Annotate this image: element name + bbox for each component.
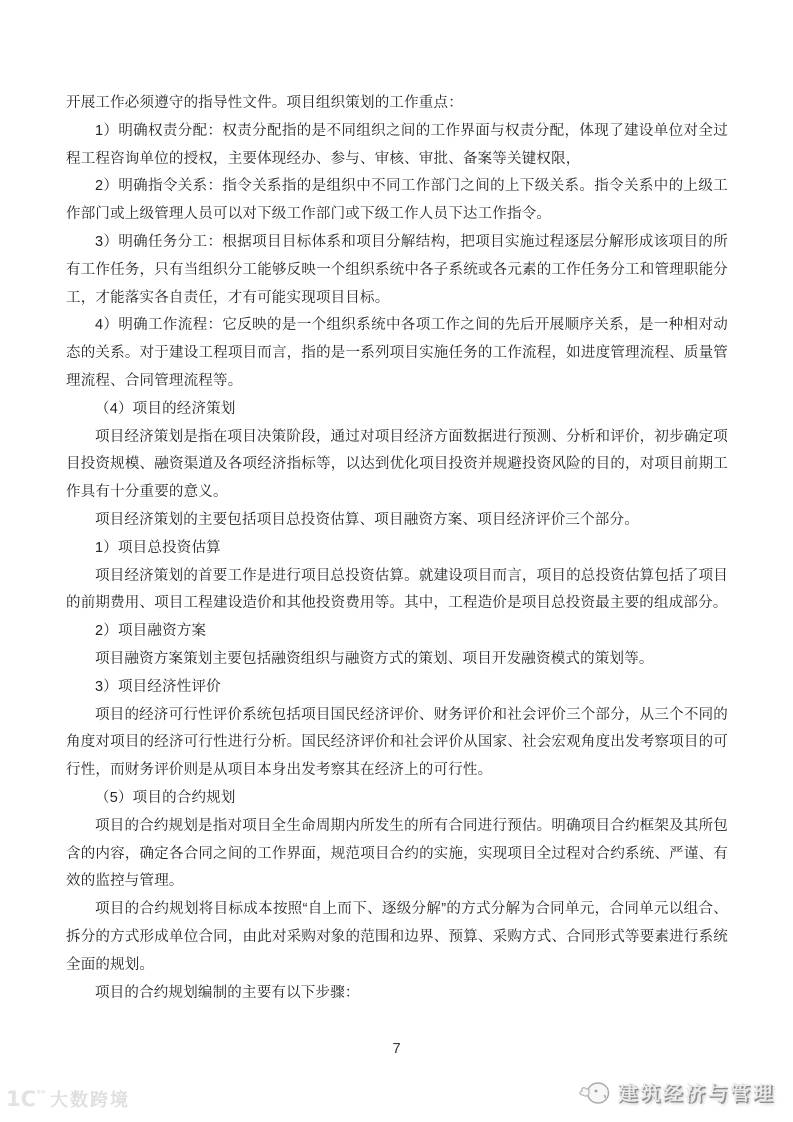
paragraph: 项目经济策划是指在项目决策阶段，通过对项目经济方面数据进行预测、分析和评价，初步… <box>66 424 728 507</box>
paragraph: （5）项目的合约规划 <box>66 785 728 813</box>
paragraph: 4）明确工作流程：它反映的是一个组织系统中各项工作之间的先后开展顺序关系，是一种… <box>66 312 728 395</box>
paragraph: 项目的合约规划是指对项目全生命周期内所发生的所有合同进行预估。明确项目合约框架及… <box>66 813 728 896</box>
paragraph: 3）明确任务分工：根据项目目标体系和项目分解结构，把项目实施过程逐层分解形成该项… <box>66 229 728 312</box>
watermark-right-label: 建筑经济与管理 <box>618 1077 776 1106</box>
paragraph: 项目经济策划的首要工作是进行项目总投资估算。就建设项目而言，项目的总投资估算包括… <box>66 563 728 619</box>
jianzhu-jingji-watermark: 建筑经济与管理 <box>577 1077 776 1106</box>
paragraph: 项目经济策划的主要包括项目总投资估算、项目融资方案、项目经济评价三个部分。 <box>66 507 728 535</box>
page-number: 7 <box>0 1040 793 1057</box>
paragraph: 2）项目融资方案 <box>66 618 728 646</box>
paragraph: 项目融资方案策划主要包括融资组织与融资方式的策划、项目开发融资模式的策划等。 <box>66 646 728 674</box>
paragraph: 项目的合约规划编制的主要有以下步骤： <box>66 980 728 1008</box>
tenpow-logo-icon: 1Ϲ°° <box>6 1087 45 1111</box>
document-page: 开展工作必须遵守的指导性文件。项目组织策划的工作重点：1）明确权责分配：权责分配… <box>0 0 793 1122</box>
paragraph: 1）项目总投资估算 <box>66 535 728 563</box>
paragraph: 项目的合约规划将目标成本按照“自上而下、逐级分解”的方式分解为合同单元，合同单元… <box>66 896 728 979</box>
paragraph: 3）项目经济性评价 <box>66 674 728 702</box>
paragraph: 项目的经济可行性评价系统包括项目国民经济评价、财务评价和社会评价三个部分，从三个… <box>66 702 728 785</box>
paragraph: （4）项目的经济策划 <box>66 396 728 424</box>
paragraph: 1）明确权责分配：权责分配指的是不同组织之间的工作界面与权责分配，体现了建设单位… <box>66 118 728 174</box>
paragraph: 开展工作必须遵守的指导性文件。项目组织策划的工作重点： <box>66 90 728 118</box>
bird-logo-icon <box>577 1078 611 1106</box>
document-body: 开展工作必须遵守的指导性文件。项目组织策划的工作重点：1）明确权责分配：权责分配… <box>66 90 728 1007</box>
paragraph: 2）明确指令关系：指令关系指的是组织中不同工作部门之间的上下级关系。指令关系中的… <box>66 173 728 229</box>
dashu-kuajing-watermark: 1Ϲ°° 大数跨境 <box>6 1086 130 1112</box>
watermark-left-label: 大数跨境 <box>50 1086 130 1112</box>
